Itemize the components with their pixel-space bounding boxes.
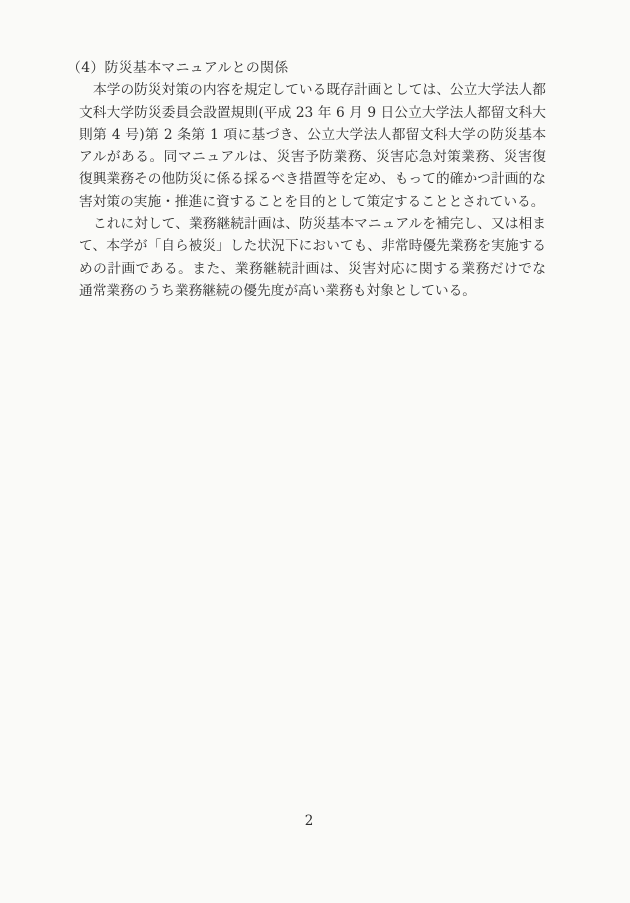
text-line: めの計画である。また、業務継続計画は、災害対応に関する業務だけでなく、: [79, 258, 546, 280]
document-page: （4）防災基本マニュアルとの関係 本学の防災対策の内容を規定している既存計画とし…: [0, 0, 630, 903]
text-line: これに対して、業務継続計画は、防災基本マニュアルを補完し、又は相まっ: [79, 213, 546, 235]
paragraph-1: 本学の防災対策の内容を規定している既存計画としては、公立大学法人都留 文科大学防…: [67, 79, 547, 213]
text-line: 害対策の実施・推進に資することを目的として策定することとされている。: [79, 191, 546, 213]
text-line: 本学の防災対策の内容を規定している既存計画としては、公立大学法人都留: [79, 79, 546, 101]
page-number: 2: [0, 812, 618, 830]
text-line: アルがある。同マニュアルは、災害予防業務、災害応急対策業務、災害復旧・: [79, 146, 546, 168]
paragraph-2: これに対して、業務継続計画は、防災基本マニュアルを補完し、又は相まっ て、本学が…: [67, 213, 547, 302]
text-line: て、本学が「自ら被災」した状況下においても、非常時優先業務を実施するた: [79, 235, 546, 257]
document-content: （4）防災基本マニュアルとの関係 本学の防災対策の内容を規定している既存計画とし…: [67, 57, 547, 302]
text-line: 則第 4 号)第 2 条第 1 項に基づき、公立大学法人都留文科大学の防災基本マ…: [79, 124, 546, 146]
text-line: 文科大学防災委員会設置規則(平成 23 年 6 月 9 日公立大学法人都留文科大…: [79, 102, 546, 124]
text-line: 復興業務その他防災に係る採るべき措置等を定め、もって的確かつ計画的な災: [79, 168, 546, 190]
text-line: 通常業務のうち業務継続の優先度が高い業務も対象としている。: [79, 280, 546, 302]
section-heading: （4）防災基本マニュアルとの関係: [67, 57, 547, 79]
